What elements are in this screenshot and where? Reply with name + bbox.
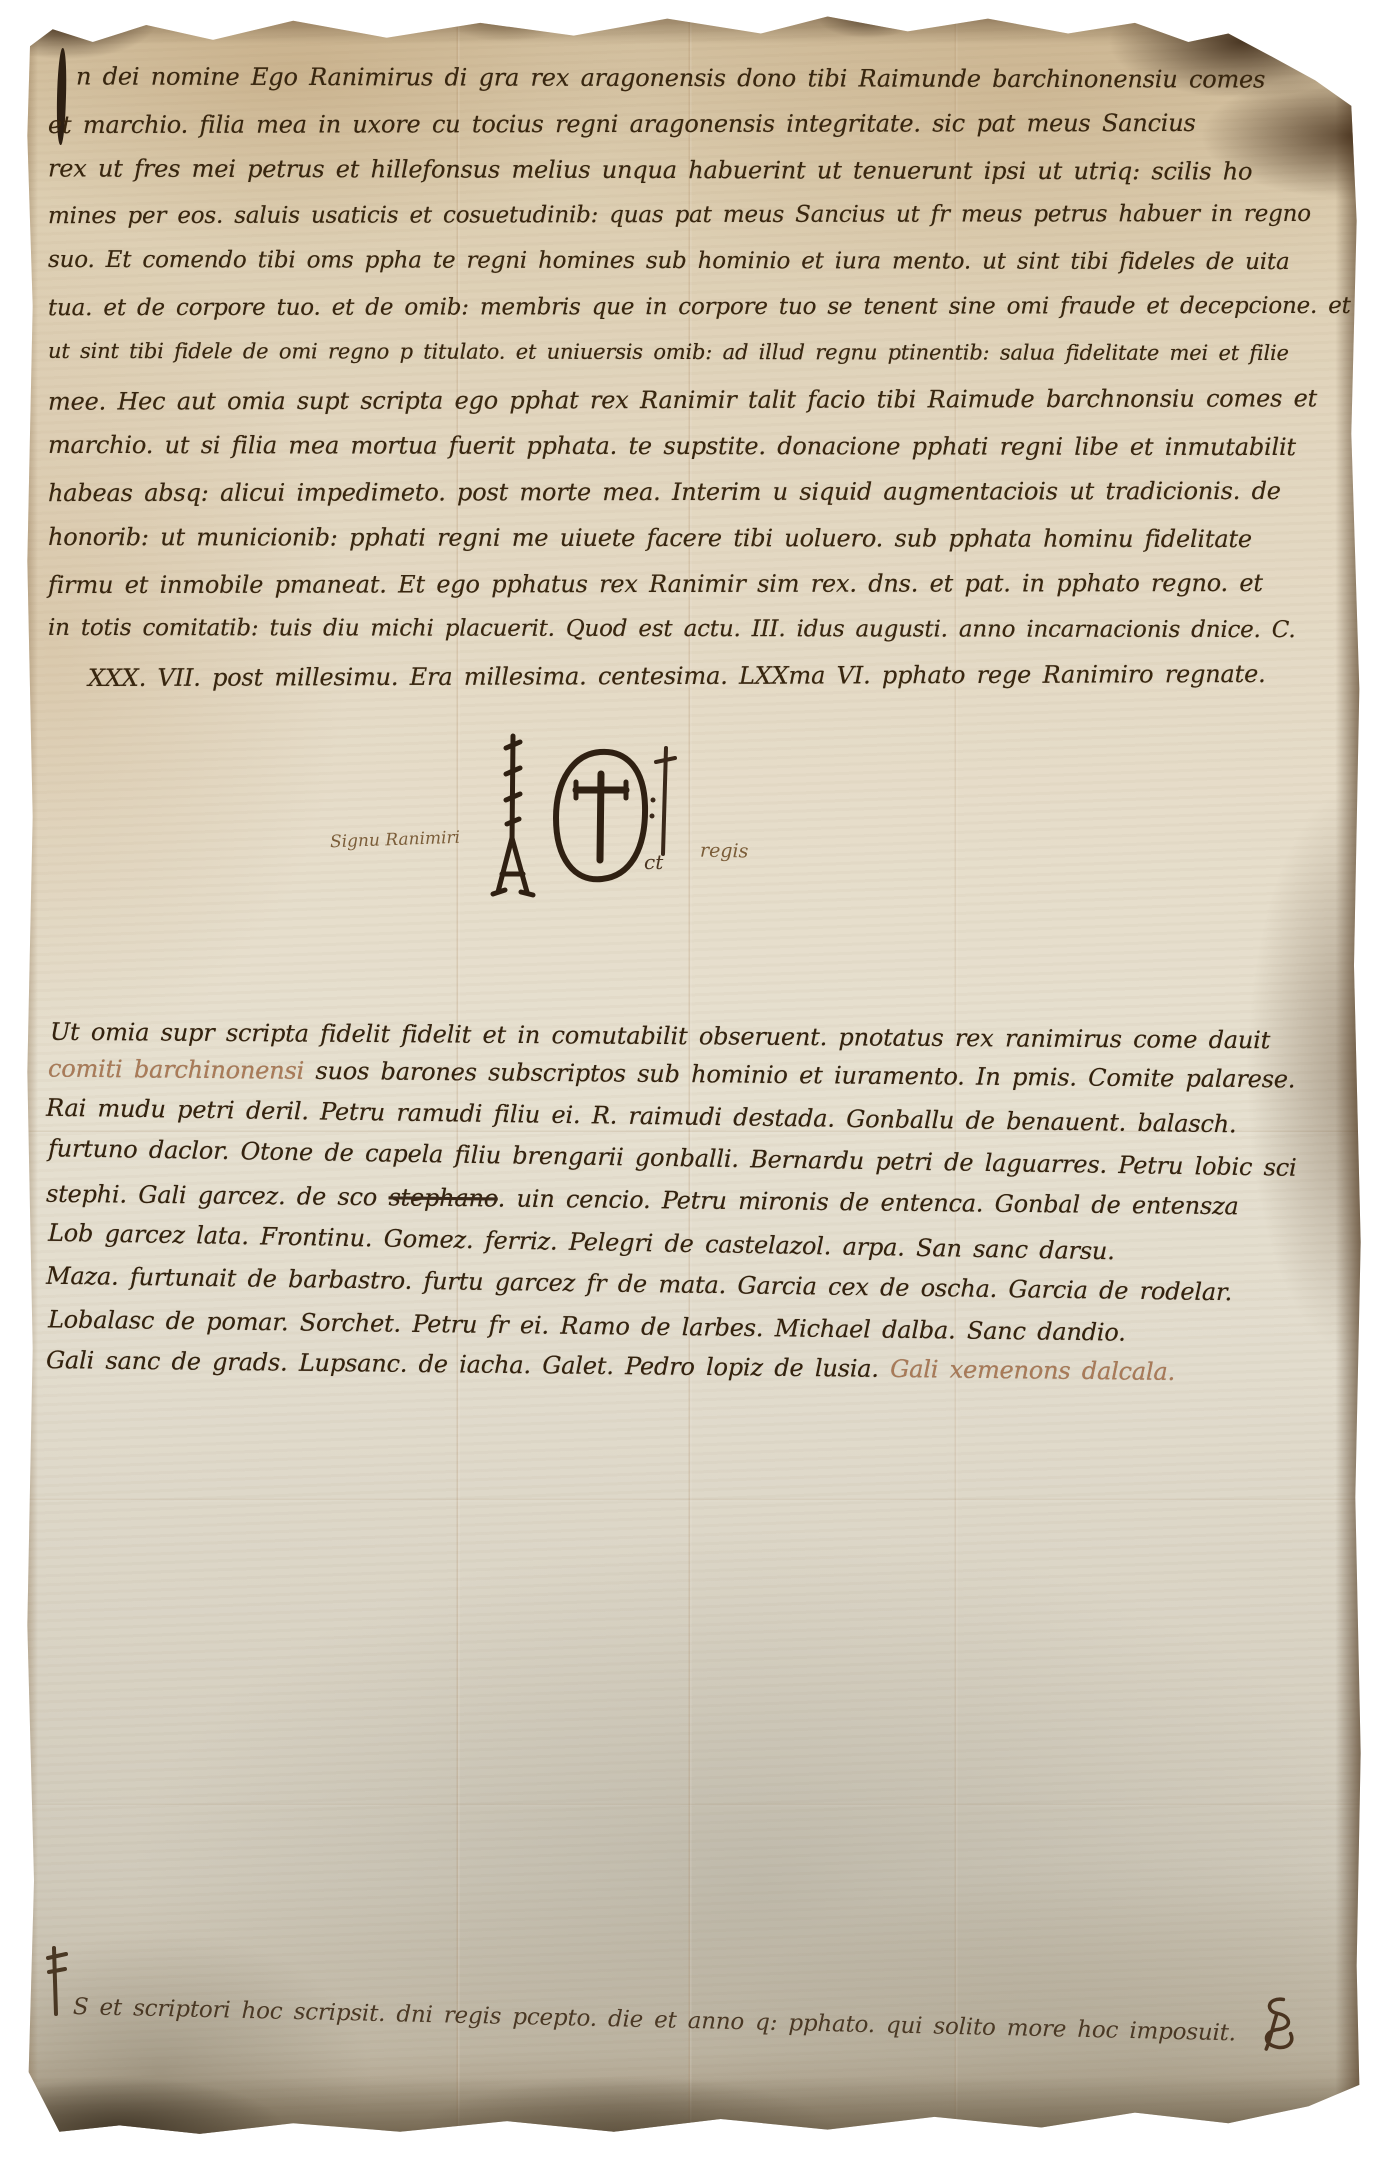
struck-word: stephano xyxy=(388,1183,497,1212)
charter-line: XXX. VII. post millesimu. Era millesima.… xyxy=(88,660,1266,692)
confirmation-line-text: stephi. Gali garcez. de sco xyxy=(46,1180,389,1212)
charter-line: mines per eos. saluis usaticis et cosuet… xyxy=(48,201,1311,229)
charter-line: marchio. ut si filia mea mortua fuerit p… xyxy=(48,431,1296,461)
fold-crease-horizontal xyxy=(26,1803,1362,1807)
charter-line: rex ut fres mei petrus et hillefonsus me… xyxy=(48,154,1252,185)
charter-line: n dei nomine Ego Ranimirus di gra rex ar… xyxy=(76,62,1265,93)
charter-line: mee. Hec aut omia supt scripta ego pphat… xyxy=(48,384,1317,415)
faded-name: Gali xemenons dalcala. xyxy=(890,1355,1175,1386)
charter-line: habeas absq: alicui impedimeto. post mor… xyxy=(48,477,1281,507)
fold-crease-horizontal xyxy=(26,1498,1362,1502)
charter-line: et marchio. filia mea in uxore cu tocius… xyxy=(48,109,1196,139)
scribal-flourish-icon xyxy=(1253,1995,1300,2052)
signum-right-label: regis xyxy=(700,840,749,863)
charter-line: honorib: ut municionib: pphati regni me … xyxy=(48,523,1252,553)
charter-line: ut sint tibi fidele de omi regno p titul… xyxy=(48,339,1289,365)
scribe-initial-icon xyxy=(44,1944,72,2018)
charter-line: tua. et de corpore tuo. et de omib: memb… xyxy=(48,293,1351,321)
royal-monogram-icon xyxy=(486,732,538,900)
signum-letters: ct xyxy=(644,850,663,874)
charter-line: in totis comitatib: tuis diu michi placu… xyxy=(48,615,1296,643)
charter-line: suo. Et comendo tibi oms ppha te regni h… xyxy=(48,247,1290,275)
circled-cross-icon xyxy=(552,748,648,884)
faded-name: comiti barchinonensi xyxy=(48,1055,304,1085)
manuscript-photo: n dei nomine Ego Ranimirus di gra rex ar… xyxy=(0,0,1400,2174)
signum-stave-icon xyxy=(648,742,678,864)
charter-line: firmu et inmobile pmaneat. Et ego pphatu… xyxy=(48,569,1263,599)
